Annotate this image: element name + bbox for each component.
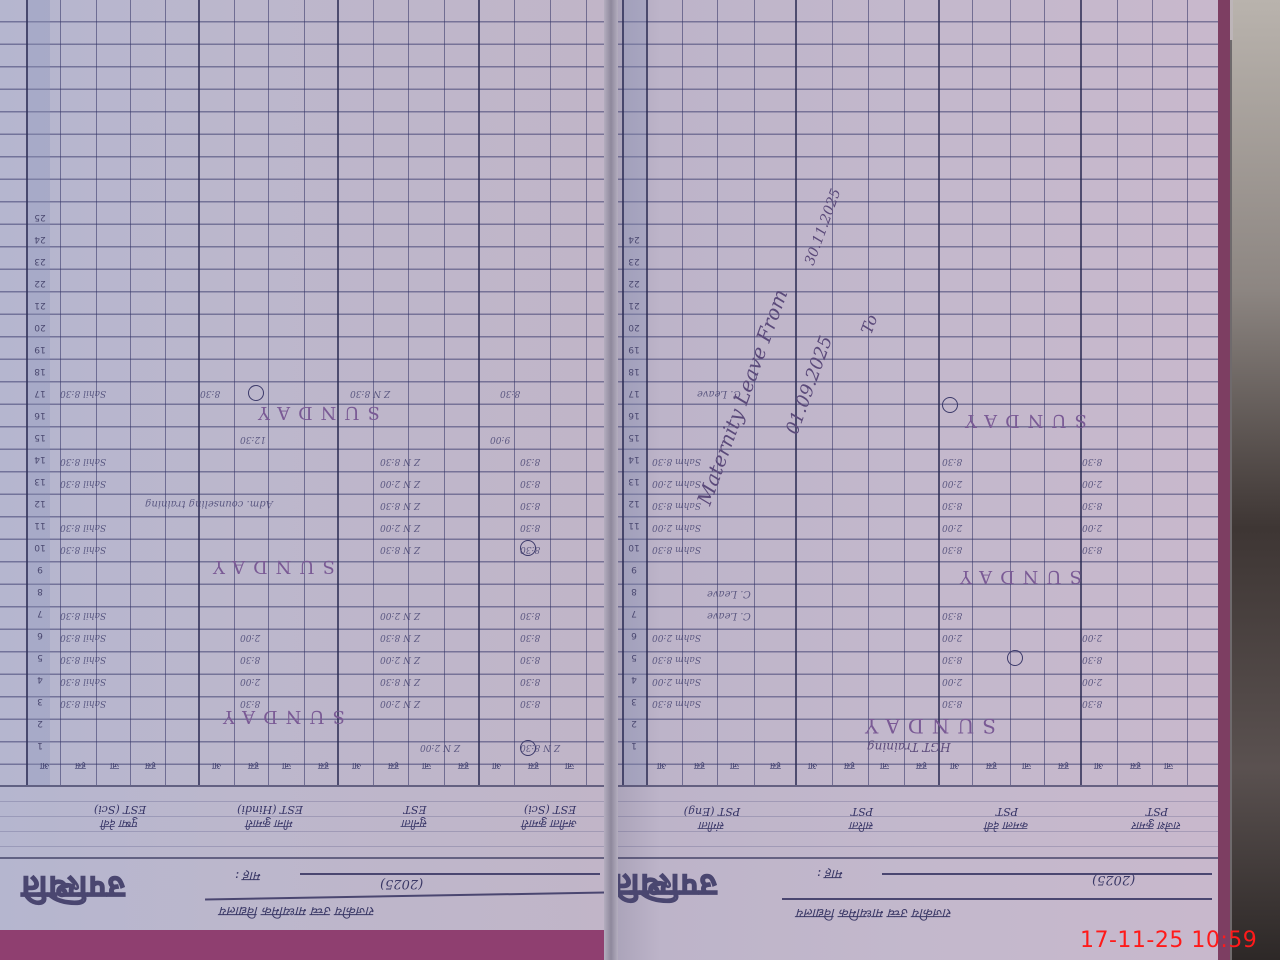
entry: 2:00: [942, 632, 962, 642]
year-label: (2025): [1092, 872, 1135, 887]
row-number: 3: [30, 696, 50, 706]
entry: Sahm 8:30: [652, 456, 701, 466]
entry: 8:30: [1082, 456, 1102, 466]
entry: Sahil 8:30: [60, 522, 106, 532]
entry: Sahm 8:30: [652, 698, 701, 708]
entry: Z N 2:00: [380, 654, 420, 664]
entry: 2:00: [240, 676, 260, 686]
row-number: 24: [624, 234, 644, 244]
column-header: आ: [1094, 760, 1103, 773]
column-header: हस: [986, 760, 997, 773]
circle-mark: [942, 397, 958, 413]
entry: Sahm 8:30: [652, 654, 701, 664]
column-header: हस: [248, 760, 259, 773]
row-number: 1: [30, 740, 50, 750]
entry: 2:00: [1082, 478, 1102, 488]
entry: 8:30: [520, 698, 540, 708]
column-header: जा: [730, 760, 739, 773]
column-header: आ: [352, 760, 361, 773]
entry: Sahil 8:30: [60, 632, 106, 642]
row-number: 24: [30, 234, 50, 244]
entry: Sahm 2:00: [652, 632, 701, 642]
entry: Sahil 8:30: [60, 676, 106, 686]
sunday-label: SUNDAY: [250, 402, 380, 423]
employee-name: सुनीताEST: [365, 803, 465, 831]
row-number: 17: [30, 388, 50, 398]
school-name: राजकीय उच्च माध्यमिक विद्यालय: [220, 903, 375, 921]
entry: Sahm 2:00: [652, 478, 701, 488]
row-number: 5: [624, 652, 644, 662]
row-number: 16: [624, 410, 644, 420]
book-spine: [604, 0, 618, 960]
row-number: 15: [30, 432, 50, 442]
school-name: राजकीय उच्च माध्यमिक विद्यालय: [797, 905, 952, 923]
entry: Sahm 8:30: [652, 500, 701, 510]
employee-names-row: अनीता कुमारीEST (Sci) सुनीताEST मीना कुम…: [0, 785, 612, 859]
entry: Z N 2:00: [380, 698, 420, 708]
entry: Sahil 8:30: [60, 544, 106, 554]
row-number: 4: [624, 674, 644, 684]
entry: 8:30: [520, 676, 540, 686]
entry: Sahil 8:30: [60, 456, 106, 466]
row-number: 13: [30, 476, 50, 486]
column-header-row: आ हस जा हस आ हस जा हस आ हस जा हस आ हस जा: [0, 760, 612, 782]
training-note: HGT Training: [867, 740, 951, 754]
column-header: हस: [916, 760, 927, 773]
row-number: 19: [624, 344, 644, 354]
row-number: 22: [30, 278, 50, 288]
row-number: 9: [30, 564, 50, 574]
row-number: 20: [624, 322, 644, 332]
row-number: 10: [624, 542, 644, 552]
sunday-label: SUNDAY: [857, 714, 996, 738]
register-cover-edge: [1216, 0, 1230, 960]
row-number: 12: [30, 498, 50, 508]
entry: Sahil 8:30: [60, 654, 106, 664]
entry: 8:30: [520, 456, 540, 466]
page-title: उपस्थिति: [20, 868, 124, 909]
entry: 8:30: [520, 632, 540, 642]
column-header: आ: [657, 760, 666, 773]
column-header: हस: [844, 760, 855, 773]
register-cover-bottom: [0, 930, 620, 960]
entry: Sahil 8:30: [60, 478, 106, 488]
column-header-row: आ हस जा हस आ हस जा हस आ हस जा हस आ हस जा: [612, 760, 1218, 782]
entry: 8:30: [520, 654, 540, 664]
row-number: 14: [624, 454, 644, 464]
entry: 2:00: [942, 522, 962, 532]
employee-name: संगीताPST (Eng): [662, 805, 762, 833]
row-number: 12: [624, 498, 644, 508]
year-label: (2025): [380, 876, 423, 891]
column-header: जा: [110, 760, 119, 773]
entry: Z N 2:00: [380, 610, 420, 620]
entry: 8:30: [520, 610, 540, 620]
entry: Z N 2:00: [380, 522, 420, 532]
circle-mark: [1007, 650, 1023, 666]
entry: 2:00: [1082, 522, 1102, 532]
entry: Sahil 8:30: [60, 698, 106, 708]
entry: 8:30: [942, 610, 962, 620]
column-header: हस: [770, 760, 781, 773]
row-number: 25: [30, 212, 50, 222]
column-header: हस: [145, 760, 156, 773]
column-header: जा: [565, 760, 574, 773]
column-header: आ: [808, 760, 817, 773]
page-title: उपस्थिति: [612, 866, 716, 907]
row-number: 18: [30, 366, 50, 376]
entry: 8:30: [942, 456, 962, 466]
employee-name: मीना कुमारीEST (Hindi): [220, 803, 320, 831]
row-number: 11: [624, 520, 644, 530]
row-number: 13: [624, 476, 644, 486]
row-number: 20: [30, 322, 50, 332]
month-label: माह :: [235, 868, 262, 886]
divider: [882, 873, 1212, 875]
row-number: 9: [624, 564, 644, 574]
entry: 2:00: [942, 478, 962, 488]
row-number: 7: [30, 608, 50, 618]
column-header: जा: [880, 760, 889, 773]
entry: 8:30: [1082, 698, 1102, 708]
row-number: 17: [624, 388, 644, 398]
entry: Z N 2:00: [420, 742, 460, 752]
column-header: हस: [75, 760, 86, 773]
month-label: माह :: [817, 866, 844, 884]
sunday-label: SUNDAY: [215, 706, 345, 727]
entry: 8:30: [942, 500, 962, 510]
row-number: 4: [30, 674, 50, 684]
entry: Sahm 2:00: [652, 676, 701, 686]
sunday-label: SUNDAY: [205, 556, 335, 577]
entry: 8:30: [520, 478, 540, 488]
column-header: हस: [388, 760, 399, 773]
entry: 8:30: [520, 522, 540, 532]
row-number: 7: [624, 608, 644, 618]
row-number: 2: [624, 718, 644, 728]
row-number: 8: [624, 586, 644, 596]
entry: Z N 2:00: [380, 478, 420, 488]
row-number: 23: [624, 256, 644, 266]
entry: 9:00: [490, 434, 510, 444]
leave-note: C. Leave: [707, 588, 751, 599]
divider: [205, 892, 605, 900]
entry: Sahil 8:30: [60, 388, 106, 398]
row-number: 15: [624, 432, 644, 442]
entry: Z N 8:30: [380, 456, 420, 466]
column-header: जा: [1164, 760, 1173, 773]
row-number: 14: [30, 454, 50, 464]
entry: Sahm 2:00: [652, 522, 701, 532]
entry: 2:00: [942, 676, 962, 686]
entry: 2:00: [1082, 676, 1102, 686]
column-header: जा: [1022, 760, 1031, 773]
row-number: 6: [30, 630, 50, 640]
entry: Sahm 8:30: [652, 544, 701, 554]
column-header: हस: [318, 760, 329, 773]
row-number: 10: [30, 542, 50, 552]
row-number: 2: [30, 718, 50, 728]
row-number: 3: [624, 696, 644, 706]
entry: 8:30: [500, 388, 520, 398]
entry: 8:30: [240, 654, 260, 664]
row-number: 16: [30, 410, 50, 420]
entry: 8:30: [1082, 500, 1102, 510]
row-number: 19: [30, 344, 50, 354]
sunday-label: SUNDAY: [952, 566, 1082, 587]
divider: [300, 873, 600, 875]
column-header: हस: [458, 760, 469, 773]
column-header: आ: [950, 760, 959, 773]
entry: Sahil 8:30: [60, 610, 106, 620]
camera-timestamp-overlay: 17-11-25 10:59: [1080, 928, 1257, 953]
column-header: हस: [528, 760, 539, 773]
entry: 8:30: [520, 500, 540, 510]
entry: 8:30: [942, 698, 962, 708]
row-number: 11: [30, 520, 50, 530]
column-header: जा: [282, 760, 291, 773]
entry: Z N 8:30: [380, 500, 420, 510]
column-header: आ: [492, 760, 501, 773]
row-number: 8: [30, 586, 50, 596]
entry: 12:30: [240, 434, 266, 444]
column-header: हस: [694, 760, 705, 773]
entry: 2:00: [1082, 632, 1102, 642]
leave-note: C. Leave: [707, 610, 751, 621]
column-header: आ: [212, 760, 221, 773]
entry: 8:30: [200, 388, 220, 398]
row-number: 6: [624, 630, 644, 640]
background-surface: [1232, 0, 1280, 960]
column-header: हस: [1058, 760, 1069, 773]
employee-name: पुष्पा देवीEST (Sci): [70, 803, 170, 831]
circle-mark: [520, 540, 536, 556]
entry: 8:30: [1082, 544, 1102, 554]
employee-name: कमला देवीPST: [957, 805, 1057, 833]
circle-mark: [520, 740, 536, 756]
row-number: 22: [624, 278, 644, 288]
entry: 2:00: [240, 632, 260, 642]
right-page: 1 2 3 4 5 6 7 8 9 10 11 12 13 14 15 16 1…: [612, 0, 1218, 960]
entry: Z N 8:30: [380, 676, 420, 686]
circle-mark: [248, 385, 264, 401]
training-note: Adm. counseling training: [145, 498, 273, 509]
entry: Z N 8:30: [350, 388, 390, 398]
left-page: 1 2 3 4 5 6 7 8 9 10 11 12 13 14 15 16 1…: [0, 0, 612, 935]
entry: 8:30: [942, 654, 962, 664]
divider: [782, 898, 1212, 900]
row-number: 18: [624, 366, 644, 376]
column-header: जा: [422, 760, 431, 773]
entry: 8:30: [942, 544, 962, 554]
employee-name: अनीता कुमारीEST (Sci): [500, 803, 600, 831]
row-number: 21: [30, 300, 50, 310]
entry: Z N 8:30: [380, 632, 420, 642]
row-number: 21: [624, 300, 644, 310]
entry: 8:30: [1082, 654, 1102, 664]
sunday-label: SUNDAY: [957, 410, 1087, 431]
row-number: 5: [30, 652, 50, 662]
employee-name: राजेश कुमारPST: [1107, 805, 1207, 833]
row-number: 23: [30, 256, 50, 266]
employee-name: सरिताPST: [812, 805, 912, 833]
row-number: 1: [624, 740, 644, 750]
employee-names-row: राजेश कुमारPST कमला देवीPST सरिताPST संग…: [612, 785, 1218, 859]
column-header: आ: [40, 760, 49, 773]
column-header: हस: [1130, 760, 1141, 773]
entry: Z N 8:30: [380, 544, 420, 554]
